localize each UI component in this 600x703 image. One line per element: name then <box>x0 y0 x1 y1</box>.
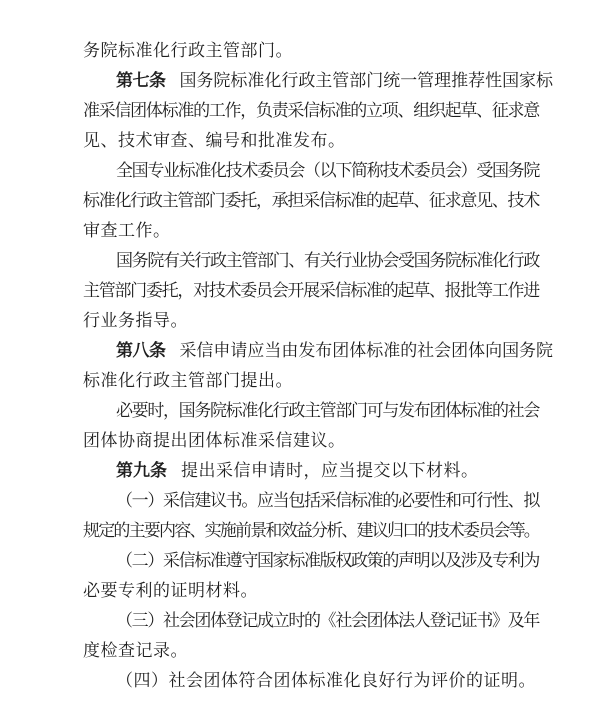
line-text: 标准化行政主管部门提出。 <box>83 371 293 391</box>
line-text: 主管部门委托，对技术委员会开展采信标准的起草、报批等工作进 <box>83 281 539 301</box>
article-7-heading-line: 第七条国务院标准化行政主管部门统一管理推荐性国家标 <box>83 66 539 96</box>
list-item-2: （二）采信标准遵守国家标准版权政策的声明以及涉及专利为 <box>83 546 539 576</box>
text-line: 准采信团体标准的工作，负责采信标准的立项、组织起草、征求意 <box>83 96 539 126</box>
line-text: 团体协商提出团体标准采信建议。 <box>83 431 346 451</box>
text-line: 全国专业标准化技术委员会（以下简称技术委员会）受国务院 <box>83 156 539 186</box>
text-line: 度检查记录。 <box>83 636 539 666</box>
text-line: 规定的主要内容、实施前景和效益分析、建议归口的技术委员会等。 <box>83 516 539 546</box>
text-line: 务院标准化行政主管部门。 <box>83 36 539 66</box>
line-text: 准采信团体标准的工作，负责采信标准的立项、组织起草、征求意 <box>83 101 539 121</box>
text-line: 主管部门委托，对技术委员会开展采信标准的起草、报批等工作进 <box>83 276 539 306</box>
line-text: 国务院标准化行政主管部门统一管理推荐性国家标 <box>179 71 553 91</box>
line-text: 行业务指导。 <box>83 311 188 331</box>
text-line: 团体协商提出团体标准采信建议。 <box>83 426 539 456</box>
line-text: 必要时，国务院标准化行政主管部门可与发布团体标准的社会 <box>116 401 539 421</box>
line-text: 见、技术审查、编号和批准发布。 <box>83 131 346 151</box>
line-text: 务院标准化行政主管部门。 <box>83 41 293 61</box>
list-item-1: （一）采信建议书。应当包括采信标准的必要性和可行性、拟 <box>83 486 539 516</box>
text-line: 标准化行政主管部门提出。 <box>83 366 539 396</box>
text-line: 必要专利的证明材料。 <box>83 576 539 606</box>
text-line: 审查工作。 <box>83 216 539 246</box>
article-label: 第九条 <box>116 461 167 481</box>
list-item-3: （三）社会团体登记成立时的《社会团体法人登记证书》及年 <box>83 606 539 636</box>
line-text: 采信申请应当由发布团体标准的社会团体向国务院 <box>179 341 553 361</box>
line-text: 提出采信申请时，应当提交以下材料。 <box>181 461 479 481</box>
text-line: 标准化行政主管部门委托，承担采信标准的起草、征求意见、技术 <box>83 186 539 216</box>
line-text: 规定的主要内容、实施前景和效益分析、建议归口的技术委员会等。 <box>83 521 539 541</box>
line-text: （二）采信标准遵守国家标准版权政策的声明以及涉及专利为 <box>116 551 539 571</box>
article-8-heading-line: 第八条采信申请应当由发布团体标准的社会团体向国务院 <box>83 336 539 366</box>
document-page: 务院标准化行政主管部门。 第七条国务院标准化行政主管部门统一管理推荐性国家标 准… <box>83 36 539 696</box>
line-text: 标准化行政主管部门委托，承担采信标准的起草、征求意见、技术 <box>83 191 539 211</box>
line-text: 必要专利的证明材料。 <box>83 581 258 601</box>
line-text: 国务院有关行政主管部门、有关行业协会受国务院标准化行政 <box>116 251 539 271</box>
article-label: 第七条 <box>116 71 165 91</box>
text-line: 行业务指导。 <box>83 306 539 336</box>
list-item-4: （四）社会团体符合团体标准化良好行为评价的证明。 <box>83 666 539 696</box>
article-9-heading-line: 第九条提出采信申请时，应当提交以下材料。 <box>83 456 539 486</box>
line-text: 全国专业标准化技术委员会（以下简称技术委员会）受国务院 <box>116 161 539 181</box>
line-text: （四）社会团体符合团体标准化良好行为评价的证明。 <box>116 671 536 691</box>
line-text: 度检查记录。 <box>83 641 188 661</box>
line-text: （一）采信建议书。应当包括采信标准的必要性和可行性、拟 <box>116 491 539 511</box>
article-label: 第八条 <box>116 341 165 361</box>
text-line: 国务院有关行政主管部门、有关行业协会受国务院标准化行政 <box>83 246 539 276</box>
line-text: 审查工作。 <box>83 221 171 241</box>
text-line: 必要时，国务院标准化行政主管部门可与发布团体标准的社会 <box>83 396 539 426</box>
line-text: （三）社会团体登记成立时的《社会团体法人登记证书》及年 <box>116 611 539 631</box>
text-line: 见、技术审查、编号和批准发布。 <box>83 126 539 156</box>
